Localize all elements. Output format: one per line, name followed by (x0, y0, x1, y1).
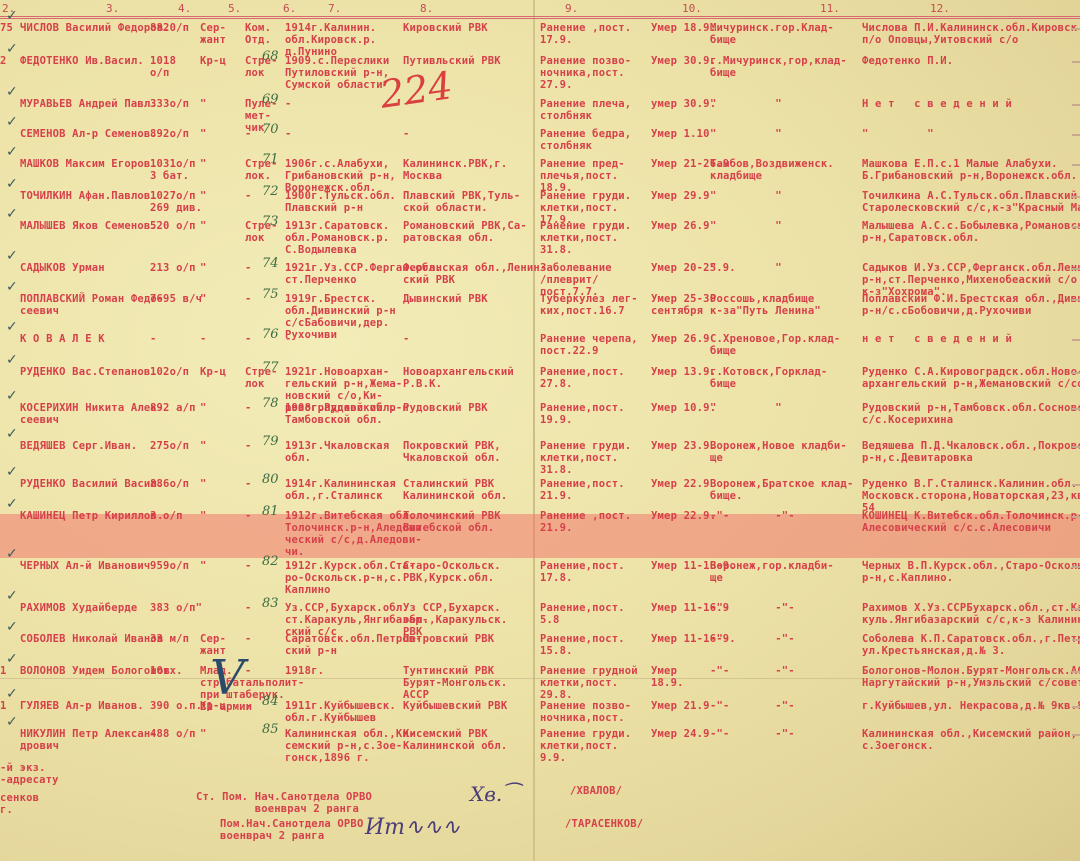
column-number: 10. (682, 2, 702, 15)
cell-rank: " (200, 560, 207, 572)
cell-post: - (245, 333, 252, 345)
cell-surname: СОБОЛЕВ Николай Иванов (20, 633, 163, 645)
cell-burial: " " (710, 128, 782, 140)
cell-burial: Россошь,кладбище к-за"Путь Ленина" (710, 293, 821, 317)
cell-birth: 1919г.Брестск. обл.Дивинский р-н с/сБабо… (285, 293, 396, 341)
cell-surname: КОСЕРИХИН Никита Алек- сеевич (20, 402, 163, 426)
cell-relatives: Соболева К.П.Саратовск.обл.,г.Петровск у… (862, 633, 1080, 657)
margin-dash (1072, 226, 1080, 228)
cell-rvk: Кисемский РВК Калининской обл. (403, 728, 507, 752)
cell-rank: " (200, 158, 207, 170)
column-number: 7. (328, 2, 341, 15)
pencil-sequence-number: 72 (262, 184, 279, 199)
pencil-sequence-number: 75 (262, 287, 279, 302)
pencil-check-mark-large: V (210, 650, 245, 706)
cell-relatives: Поплавский Ф.И.Брестская обл.,Дивинск. р… (862, 293, 1080, 317)
cell-rank: " (200, 728, 207, 740)
cell-relatives: Малышева А.С.с.Бобылевка,Романовский р-н… (862, 220, 1080, 244)
cell-rank: " (200, 98, 207, 110)
cell-death: Умер 29.9 (651, 190, 710, 202)
cell-surname: ГУЛЯЕВ Ал-р Иванов. (20, 700, 144, 712)
margin-dash (1072, 268, 1080, 270)
cell-diag: Ранение,пост. 19.9. (540, 402, 625, 426)
check-mark-icon: ✓ (6, 352, 18, 368)
cell-rank: - (200, 333, 207, 345)
cell-surname: КАШИНЕЦ Петр Кириллов. (20, 510, 163, 522)
handwritten-signature-1: Хв.⁀ (470, 782, 518, 806)
cell-death: Умер 1.10 (651, 128, 710, 140)
pencil-sequence-number: 78 (262, 396, 279, 411)
cell-burial: Воронеж,гор.кладби- ще (710, 560, 834, 584)
cell-unit: 383 о/п" (150, 602, 202, 614)
cell-diag: Ранение ,пост. 17.9. (540, 22, 631, 46)
cell-surname: ВЕДЯШЕВ Серг.Иван. (20, 440, 137, 452)
check-mark-icon: ✓ (6, 388, 18, 404)
cell-diag: Ранение ,пост. 21.9. (540, 510, 631, 534)
cell-rvk: Толочинский РВК Витебской обл. (403, 510, 501, 534)
cell-diag: Ранение груди. клетки,пост. 31.8. (540, 220, 631, 256)
cell-diag: Ранение,пост. 5.8 (540, 602, 625, 626)
cell-surname: ЧИСЛОВ Василий Федоров. (20, 22, 170, 34)
cell-burial: г.Мичуринск,гор,клад- бище (710, 55, 847, 79)
cell-death: Умер 21.9 (651, 700, 710, 712)
check-mark-icon: ✓ (6, 426, 18, 442)
check-mark-icon: ✓ (6, 619, 18, 635)
cell-death: Умер 22.9. (651, 510, 716, 522)
column-number: 11. (820, 2, 840, 15)
cell-unit: 10тх. (150, 665, 183, 677)
cell-burial: " " (710, 190, 782, 202)
cell-unit: 959о/п (150, 560, 189, 572)
cell-rank: " (200, 478, 207, 490)
cell-diag: Ранение позво- ночника,пост. 27.9. (540, 55, 631, 91)
cell-rvk: Петровский РВК (403, 633, 494, 645)
margin-dash (1072, 516, 1080, 518)
column-number: 5. (228, 2, 241, 15)
cell-surname: НИКУЛИН Петр Алексан- дрович (20, 728, 157, 752)
cell-unit: 1018 о/п (150, 55, 176, 79)
cell-unit: 488 о/п (150, 728, 196, 740)
cell-death: Умер 18.9. (651, 665, 684, 689)
check-mark-icon: ✓ (6, 651, 18, 667)
cell-post: - (245, 665, 252, 677)
cell-surname: К О В А Л Е К (20, 333, 111, 345)
cell-diag: Ранение,пост. 17.8. (540, 560, 625, 584)
cell-diag: Ранение грудной клетки,пост. 29.8. (540, 665, 638, 701)
cell-burial: -"- -"- (710, 633, 795, 645)
pencil-sequence-number: 77 (262, 360, 279, 375)
cell-death: Умер 22.9 (651, 478, 710, 490)
cell-birth: - (285, 333, 292, 345)
cell-death: Умер 23.9. (651, 440, 716, 452)
pencil-sequence-number: 79 (262, 434, 279, 449)
cell-diag: Ранение,пост. 15.8. (540, 633, 625, 657)
cell-death: Умер 24.9 (651, 728, 710, 740)
cell-unit: 520 о/п (150, 220, 196, 232)
cell-birth: Саратовск.обл.Петров- ский р-н (285, 633, 422, 657)
margin-dash (1072, 104, 1080, 106)
cell-diag: Ранение груди. клетки,пост. 9.9. (540, 728, 631, 764)
cell-post: - (245, 293, 252, 305)
cell-post: Ком. Отд. (245, 22, 271, 46)
check-mark-icon: ✓ (6, 496, 18, 512)
pencil-sequence-number: 80 (262, 472, 279, 487)
cell-relatives: н е т с в е д е н и й (862, 333, 1012, 345)
cell-post: - (245, 700, 252, 712)
cell-relatives: Точилкина А.С.Тульск.обл.Плавский р Стар… (862, 190, 1080, 214)
cell-unit: - (150, 333, 157, 345)
header-double-rule (0, 16, 1080, 19)
margin-dash (1072, 61, 1080, 63)
pencil-sequence-number: 82 (262, 554, 279, 569)
cell-rvk: Куйбышевский РВК (403, 700, 507, 712)
cell-unit: 102о/п (150, 366, 189, 378)
margin-dash (1072, 339, 1080, 341)
cell-rank: " (200, 402, 207, 414)
margin-dash (1072, 372, 1080, 374)
cell-post: - (245, 633, 252, 645)
cell-relatives: Рахимов Х.Уз.ССРБухарск.обл.,ст.Кара кул… (862, 602, 1080, 626)
cell-burial: Воронеж,Новое кладби- ще (710, 440, 847, 464)
cell-birth: 1911г.Куйбышевск. обл.г.Куйбышев (285, 700, 396, 724)
cell-rank: Кр-ц (200, 366, 226, 378)
cell-post: - (245, 262, 252, 274)
cell-death: Умер 18.9. (651, 22, 716, 34)
cell-rvk: Рудовский РВК (403, 402, 488, 414)
pencil-sequence-number: 74 (262, 256, 279, 271)
check-mark-icon: ✓ (6, 176, 18, 192)
cell-rank: " (200, 128, 207, 140)
cell-death: Умер 26.9 (651, 333, 710, 345)
cell-relatives: Калининская обл.,Кисемский район, с.Зоег… (862, 728, 1077, 752)
signatory-2-title: Пом.Нач.Санотдела ОРВО военврач 2 ранга (220, 818, 363, 842)
cell-burial: -"- -"- (710, 700, 795, 712)
cell-death: Умер 13.9. (651, 366, 716, 378)
column-number: 9. (565, 2, 578, 15)
cell-death: Умер 30.9. (651, 55, 716, 67)
cell-relatives: г.Куйбышев,ул. Некрасова,д.№ 9кв.8. (862, 700, 1080, 712)
check-mark-icon: ✓ (6, 41, 18, 57)
cell-death: умер 30.9. (651, 98, 716, 110)
cell-rvk: Дывинский РВК (403, 293, 488, 305)
cell-surname: СЕМЕНОВ Ал-р Семенов. (20, 128, 157, 140)
margin-dash (1072, 446, 1080, 448)
cell-unit: 886о/п (150, 478, 189, 490)
pencil-sequence-number: 84 (262, 694, 279, 709)
margin-dash (1072, 608, 1080, 610)
cell-burial: Тамбов,Воздвиженск. кладбище (710, 158, 834, 182)
center-fold (533, 0, 535, 861)
margin-dash (1072, 639, 1080, 641)
cell-diag: Ранение,пост. 27.8. (540, 366, 625, 390)
column-number: 6. (283, 2, 296, 15)
cell-birth: 1913г.Саратовск. обл.Романовск.р. С.Воды… (285, 220, 389, 256)
cell-birth: 1900г.Тульск.обл. Плавский р-н (285, 190, 396, 214)
check-mark-icon: ✓ (6, 84, 18, 100)
cell-birth: 1909.с.Переслики Путиловский р-н, Сумско… (285, 55, 389, 91)
cell-death: Умер 26.9 (651, 220, 710, 232)
cell-rank: " (200, 440, 207, 452)
pencil-sequence-number: 73 (262, 214, 279, 229)
cell-surname: ТОЧИЛКИН Афан.Павлов. (20, 190, 157, 202)
margin-dash (1072, 484, 1080, 486)
cell-surname: РАХИМОВ Худайберде (20, 602, 137, 614)
cell-burial: С.Хреновое,Гор.клад- бище (710, 333, 840, 357)
cell-rvk: Старо-Оскольск. РВК,Курск.обл. (403, 560, 501, 584)
column-number: 4. (178, 2, 191, 15)
pencil-sequence-number: 68 (262, 49, 279, 64)
cell-relatives: Ведяшева П.Д.Чкаловск.обл.,Покровск. р-н… (862, 440, 1080, 464)
cell-surname: МАЛЫШЕВ Яков Семенов. (20, 220, 157, 232)
margin-dash (1072, 566, 1080, 568)
cell-unit: 7695 в/ч (150, 293, 202, 305)
cell-burial: -"- -"- (710, 602, 795, 614)
cell-post: - (245, 560, 252, 572)
margin-dash (1072, 134, 1080, 136)
cell-burial: Мичуринск.гор.Клад- бище (710, 22, 834, 46)
cell-rank: " (200, 190, 207, 202)
cell-post: - (245, 510, 252, 522)
check-mark-icon: ✓ (6, 8, 18, 24)
cell-diag: Ранение черепа, пост.22.9 (540, 333, 638, 357)
cell-relatives: КОШИНЕЦ К.Витебск.обл.Толочинск.р-н Алес… (862, 510, 1080, 534)
cell-burial: " " (710, 98, 782, 110)
pencil-sequence-number: 85 (262, 722, 279, 737)
cell-birth: 1912г.Курск.обл.Ста- ро-Оскольск.р-н,с. … (285, 560, 415, 596)
cell-rvk: Тунтинский РВК Бурят-Монгольск. АССР (403, 665, 507, 701)
cell-diag: Ранение плеча, столбняк (540, 98, 631, 122)
cell-relatives: Н е т с в е д е н и й (862, 98, 1012, 110)
cell-unit: 390 о.п. (150, 700, 202, 712)
cell-surname: ЧЕРНЫХ Ал-й Иванович (20, 560, 150, 572)
cell-burial: " " (710, 262, 782, 274)
cell-rank: " (200, 262, 207, 274)
cell-post: - (245, 128, 252, 140)
signatory-1-name: /ХВАЛОВ/ (570, 785, 622, 797)
cell-burial: -"- -"- (710, 510, 795, 522)
archival-document-page: 2.3.4.5.6.7.8.9.10.11.12. 75ЧИСЛОВ Васил… (0, 0, 1080, 861)
cell-unit: 275о/п (150, 440, 189, 452)
cell-unit: 1031о/п 3 бат. (150, 158, 196, 182)
cell-unit: 213 о/п (150, 262, 196, 274)
cell-diag: Ранение пред- плечья,пост. 18.9. (540, 158, 625, 194)
cell-birth: 1913г.Чкаловская обл. (285, 440, 389, 464)
check-mark-icon: ✓ (6, 114, 18, 130)
cell-death: Умер 25-30 сентября (651, 293, 716, 317)
cell-rvk: Кировский РВК (403, 22, 488, 34)
signatory-2-name: /ТАРАСЕНКОВ/ (565, 818, 643, 830)
column-number: 3. (106, 2, 119, 15)
cell-surname: РУДЕНКО Василий Васил. (20, 478, 163, 490)
cell-rvk: Калининск.РВК,г. Москва (403, 158, 507, 182)
cell-birth: 1908г.Рудовский р-н Тамбовской обл. (285, 402, 409, 426)
cell-birth: 1906г.с.Алабухи, Грибановский р-н, Ворон… (285, 158, 396, 194)
cell-unit: 1027о/п 269 див. (150, 190, 202, 214)
cell-post: - (245, 478, 252, 490)
cell-relatives: Бологонов-Молон.Бурят-Монгольск.АССР Нар… (862, 665, 1080, 689)
cell-rvk: Романовский РВК,Са- ратовская обл. (403, 220, 527, 244)
column-number: 8. (420, 2, 433, 15)
pencil-sequence-number: 76 (262, 327, 279, 342)
cell-unit: 3 о/п (150, 510, 183, 522)
cell-birth: 1912г.Витебская обл. Толочинск.р-н,Аледо… (285, 510, 422, 558)
cell-relatives: " " (862, 128, 934, 140)
cell-relatives: Рудовский р-н,Тамбовск.обл.Сосновск. с/с… (862, 402, 1080, 426)
cell-burial: " " (710, 402, 782, 414)
cell-rank: " (200, 510, 207, 522)
cell-surname: САДЫКОВ Урман (20, 262, 105, 274)
cell-rvk: Новоархангельский Р.В.К. (403, 366, 514, 390)
cell-rvk: - (403, 128, 410, 140)
cell-surname: ВОЛОНОВ Уидем Бологонов (20, 665, 170, 677)
cell-death: Умер 10.9. (651, 402, 716, 414)
cell-post: - (245, 402, 252, 414)
margin-dash (1072, 706, 1080, 708)
cell-birth: 1914г.Калинин. обл.Кировск.р. д.Пунино (285, 22, 376, 58)
cell-burial: г.Котовск,Горклад- бище (710, 366, 827, 390)
cell-post: - (245, 602, 252, 614)
margin-dash (1072, 734, 1080, 736)
cell-rvk: Плавский РВК,Туль- ской области. (403, 190, 520, 214)
column-number: 12. (930, 2, 950, 15)
margin-dash (1072, 28, 1080, 30)
margin-dash (1072, 196, 1080, 198)
cell-surname: МУРАВЬЕВ Андрей Павл. (20, 98, 157, 110)
cell-rvk: Путивльский РВК (403, 55, 501, 67)
cell-diag: Туберкулез лег- ких,пост.16.7 (540, 293, 638, 317)
cell-birth: - (285, 98, 292, 110)
cell-unit: 33 м/п (150, 633, 189, 645)
cell-unit: 333о/п (150, 98, 189, 110)
check-mark-icon: ✓ (6, 714, 18, 730)
margin-dash (1072, 164, 1080, 166)
check-mark-icon: ✓ (6, 546, 18, 562)
cell-birth: 1914г.Калининская обл.,г.Сталинск (285, 478, 396, 502)
cell-burial: Воронеж,Братское клад- бище. (710, 478, 853, 502)
pencil-sequence-number: 69 (262, 92, 279, 107)
check-mark-icon: ✓ (6, 588, 18, 604)
cell-birth: Калининская обл.,Ки- семский р-н,с.Зое- … (285, 728, 415, 764)
cell-relatives: Числова П.И.Калининск.обл.Кировск п/о Оп… (862, 22, 1077, 46)
cell-rvk: - (403, 333, 410, 345)
cell-burial: -"- -"- (710, 665, 795, 677)
check-mark-icon: ✓ (6, 248, 18, 264)
cell-unit: 892 а/п (150, 402, 196, 414)
cell-burial: -"- -"- (710, 728, 795, 740)
margin-dash (1072, 299, 1080, 301)
margin-fragment-name: сенков г. (0, 792, 39, 816)
signatory-1-title: Ст. Пом. Нач.Санотдела ОРВО военврач 2 р… (196, 791, 372, 815)
cell-relatives: Руденко С.А.Кировоградск.обл.Ново- архан… (862, 366, 1080, 390)
cell-diag: Ранение позво- ночника,пост. (540, 700, 631, 724)
cell-unit: 8820/п (150, 22, 189, 34)
cell-post: - (245, 190, 252, 202)
cell-rank: Кр-ц (200, 55, 226, 67)
margin-fragment-copies: -й экз. -адресату (0, 762, 59, 786)
check-mark-icon: ✓ (6, 206, 18, 222)
cell-rank: " (200, 293, 207, 305)
cell-relatives: Черных В.П.Курск.обл.,Старо-Оскольск. р-… (862, 560, 1080, 584)
check-mark-icon: ✓ (6, 144, 18, 160)
cell-surname: ПОПЛАВСКИЙ Роман Федо- сеевич (20, 293, 163, 317)
cell-diag: Ранение груди. клетки,пост. 31.8. (540, 440, 631, 476)
cell-rank: Сер- жант (200, 22, 226, 46)
cell-surname: ФЕДОТЕНКО Ив.Васил. (20, 55, 144, 67)
cell-rvk: Ферганская обл.,Ленин- ский РВК (403, 262, 546, 286)
pencil-sequence-number: 81 (262, 504, 279, 519)
archive-number-stamp: 224 (377, 63, 455, 117)
pencil-sequence-number: 83 (262, 596, 279, 611)
cell-rvk: Покровский РВК, Чкаловской обл. (403, 440, 501, 464)
cell-birth: 1918г. (285, 665, 324, 677)
pencil-sequence-number: 71 (262, 152, 279, 167)
check-mark-icon: ✓ (6, 686, 18, 702)
cell-relatives: Федотенко П.И. (862, 55, 953, 67)
cell-birth: - (285, 128, 292, 140)
margin-dash (1072, 408, 1080, 410)
cell-rvk: Сталинский РВК Калининской обл. (403, 478, 507, 502)
check-mark-icon: ✓ (6, 319, 18, 335)
pencil-sequence-number: 70 (262, 122, 279, 137)
cell-surname: МАШКОВ Максим Егоров. (20, 158, 157, 170)
cell-diag: Ранение,пост. 21.9. (540, 478, 625, 502)
check-mark-icon: ✓ (6, 464, 18, 480)
cell-rank: " (200, 220, 207, 232)
cell-diag: Ранение бедра, столбняк (540, 128, 631, 152)
margin-dash (1072, 671, 1080, 673)
handwritten-signature-2: Ит∿∿∿ (365, 815, 460, 840)
cell-relatives: Руденко В.Г.Сталинск.Калинин.обл. Москов… (862, 478, 1080, 514)
cell-post: - (245, 440, 252, 452)
cell-relatives: Машкова Е.П.с.1 Малые Алабухи. Б.Грибано… (862, 158, 1077, 182)
cell-unit: 892о/п (150, 128, 189, 140)
cell-surname: РУДЕНКО Вас.Степанов. (20, 366, 157, 378)
cell-burial: " " (710, 220, 782, 232)
check-mark-icon: ✓ (6, 279, 18, 295)
